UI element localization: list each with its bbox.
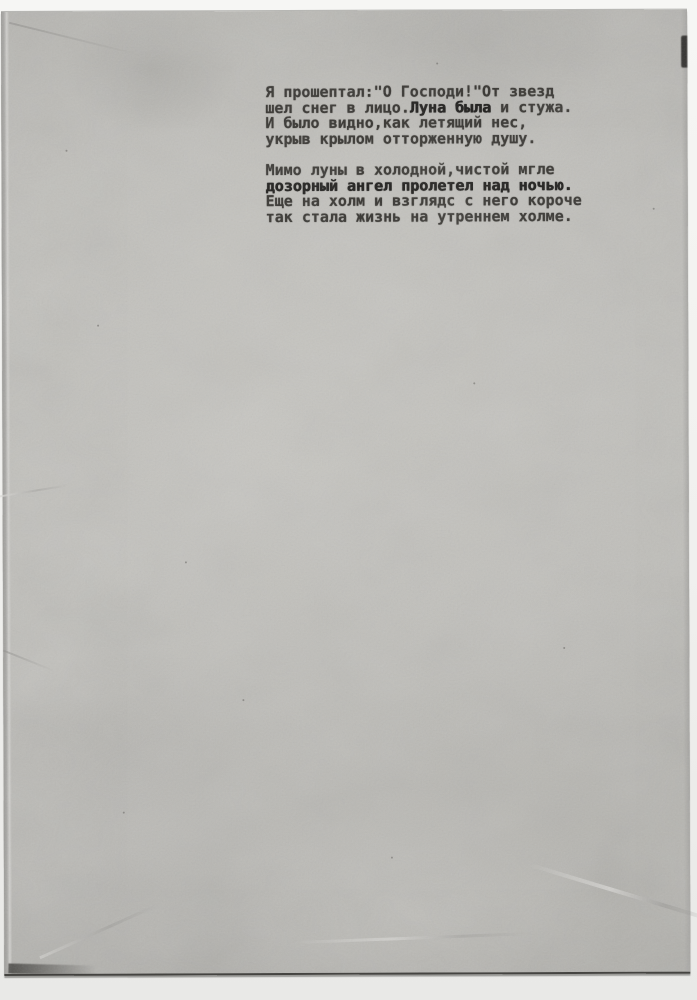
poem-line: укрыв крылом отторженную душу. bbox=[265, 130, 581, 147]
paper-speck bbox=[653, 208, 655, 210]
poem-line: так стала жизнь на утреннем холме. bbox=[266, 208, 582, 225]
crease-line bbox=[39, 903, 159, 959]
poem-stanza: Я прошептал:"О Господи!"От звездшел снег… bbox=[265, 84, 581, 147]
paper-left-edge-shadow bbox=[1, 12, 12, 974]
paper-sheet: Я прошептал:"О Господи!"От звездшел снег… bbox=[1, 10, 690, 976]
paper-speck bbox=[436, 62, 438, 64]
paper-bottom-corner-shadow bbox=[8, 963, 118, 976]
crease-line bbox=[528, 862, 697, 921]
paper-speck bbox=[391, 857, 393, 859]
scanner-background: Я прошептал:"О Господи!"От звездшел снег… bbox=[0, 0, 697, 1000]
ink-smudge-mark bbox=[681, 36, 687, 68]
crease-line bbox=[294, 932, 534, 944]
paper-right-edge-shadow bbox=[681, 10, 690, 972]
paper-speck bbox=[65, 150, 67, 152]
paper-speck bbox=[185, 561, 187, 563]
paper-speck bbox=[473, 382, 475, 384]
poem-text-block: Я прошептал:"О Господи!"От звездшел снег… bbox=[265, 84, 582, 225]
poem-text-segment: укрыв крылом отторженную душу. bbox=[265, 129, 536, 148]
paper-speck bbox=[97, 325, 99, 327]
crease-line bbox=[9, 22, 155, 60]
poem-stanza: Мимо луны в холодной,чистой мгледозорный… bbox=[266, 162, 582, 225]
paper-speck bbox=[242, 699, 244, 701]
poem-text-segment: так стала жизнь на утреннем холме. bbox=[266, 207, 573, 226]
paper-speck bbox=[123, 812, 125, 814]
paper-speck bbox=[563, 647, 565, 649]
